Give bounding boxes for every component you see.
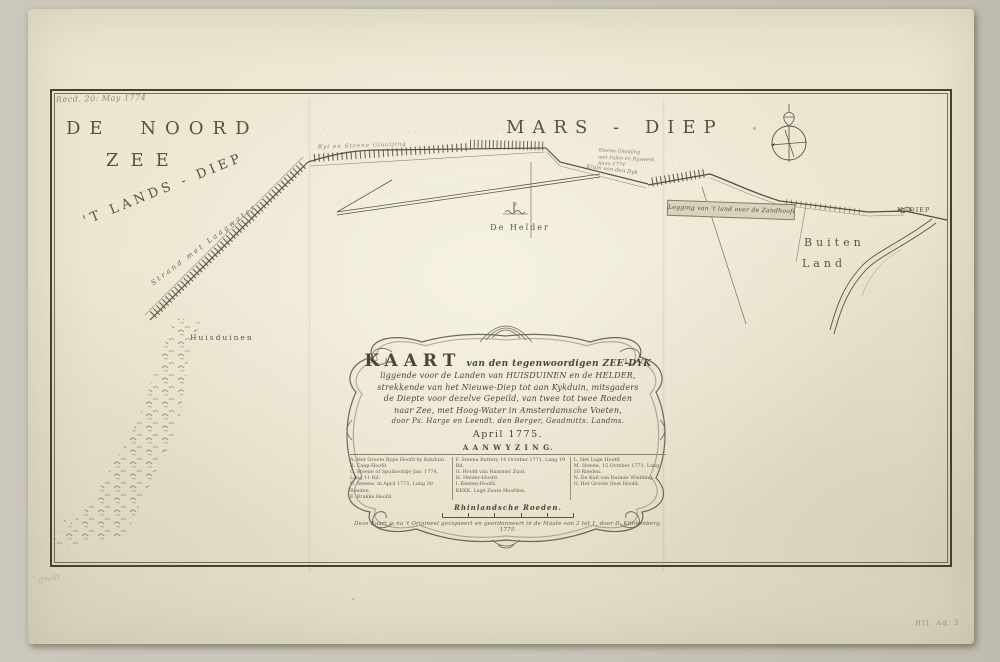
place-label-n-diep: N. DIEP (897, 206, 930, 214)
legend: A. Het Groote Rype Hoofd by Kykduin. B. … (350, 454, 666, 500)
cartouche-surveyors: door Ps. Harge en Leendt. den Berger, Ge… (350, 416, 666, 427)
legend-column-2: F. Steene Battery 14 October 1771, Lang … (452, 457, 570, 500)
cartouche-line: naar Zee, met Hoog-Water in Amsterdamsch… (350, 405, 666, 417)
place-label-huisduinen: Huisduinen (190, 333, 254, 342)
scale-label: Rhinlandsche Roeden. (350, 503, 666, 512)
legend-entry: O. Het Groote Oost Hoofd. (574, 481, 666, 487)
legend-entry: F. Steene Battery 14 October 1771, Lang … (456, 457, 570, 469)
dyke-tiny-notes: Steene Glooijing met Palen en Ryswerk An… (598, 148, 655, 170)
legend-header: A A N W Y Z I N G. (350, 443, 666, 452)
legend-entry: D. Steene, in April 1775, Lang 30 Roeden… (350, 481, 452, 493)
paper-speck (753, 127, 756, 130)
scale-tick (468, 513, 494, 517)
legend-entry: C. Steene of Spuihoofdje Jan: 1774, Lang… (350, 469, 452, 481)
cartouche-line: liggende voor de Landen van HUISDUINEN e… (350, 370, 666, 382)
cartouche-title: KAART van den tegenwoordigen ZEE-DYK (350, 353, 666, 370)
legend-entry: M. Steene, 15 October 1771, Lang 30 Roed… (574, 463, 666, 475)
scale-tick (521, 513, 547, 517)
scan-background: { "colors": { "outer_bg": "#c8c4b7", "pa… (0, 0, 1000, 662)
sea-label-de-noord: DE NOORD (66, 118, 259, 139)
scale-bar (442, 513, 574, 518)
cartouche-title-rest: van den tegenwoordigen ZEE-DYK (467, 359, 652, 369)
place-label-de-helder: De Helder (489, 223, 551, 232)
cartouche-imprint: Deze Kaart is na 't Origineel gecopieert… (350, 521, 666, 533)
legend-column-3: L. Het Lage Hoofd. M. Steene, 15 October… (570, 457, 666, 500)
scale-tick (547, 513, 574, 517)
cartouche-line: strekkende van het Nieuwe-Diep tot aan K… (350, 382, 666, 394)
scale-tick (442, 513, 468, 517)
cartouche-line: de Diepte voor dezelve Gepeild, van twee… (350, 393, 666, 405)
place-label-land: Land (802, 257, 846, 270)
legend-entry: KKKK. Lage Zoute Hoofden. (456, 488, 570, 494)
scale-tick (494, 513, 520, 517)
cartouche-date: April 1775. (350, 429, 666, 440)
sea-label-mars-diep: MARS - DIEP (506, 117, 724, 138)
place-label-buiten: Buiten (804, 236, 865, 249)
paper-speck (64, 520, 66, 522)
legend-entry: E. Brakke Hoofd. (350, 494, 452, 500)
legend-column-1: A. Het Groote Rype Hoofd by Kykduin. B. … (350, 457, 452, 500)
paper-speck (352, 598, 354, 600)
shelfmark: HII. Aq. 5 (915, 619, 960, 628)
title-cartouche: KAART van den tegenwoordigen ZEE-DYK lig… (350, 353, 666, 533)
sea-label-zee: ZEE (106, 150, 181, 171)
cartouche-title-kaart: KAART (364, 351, 461, 371)
